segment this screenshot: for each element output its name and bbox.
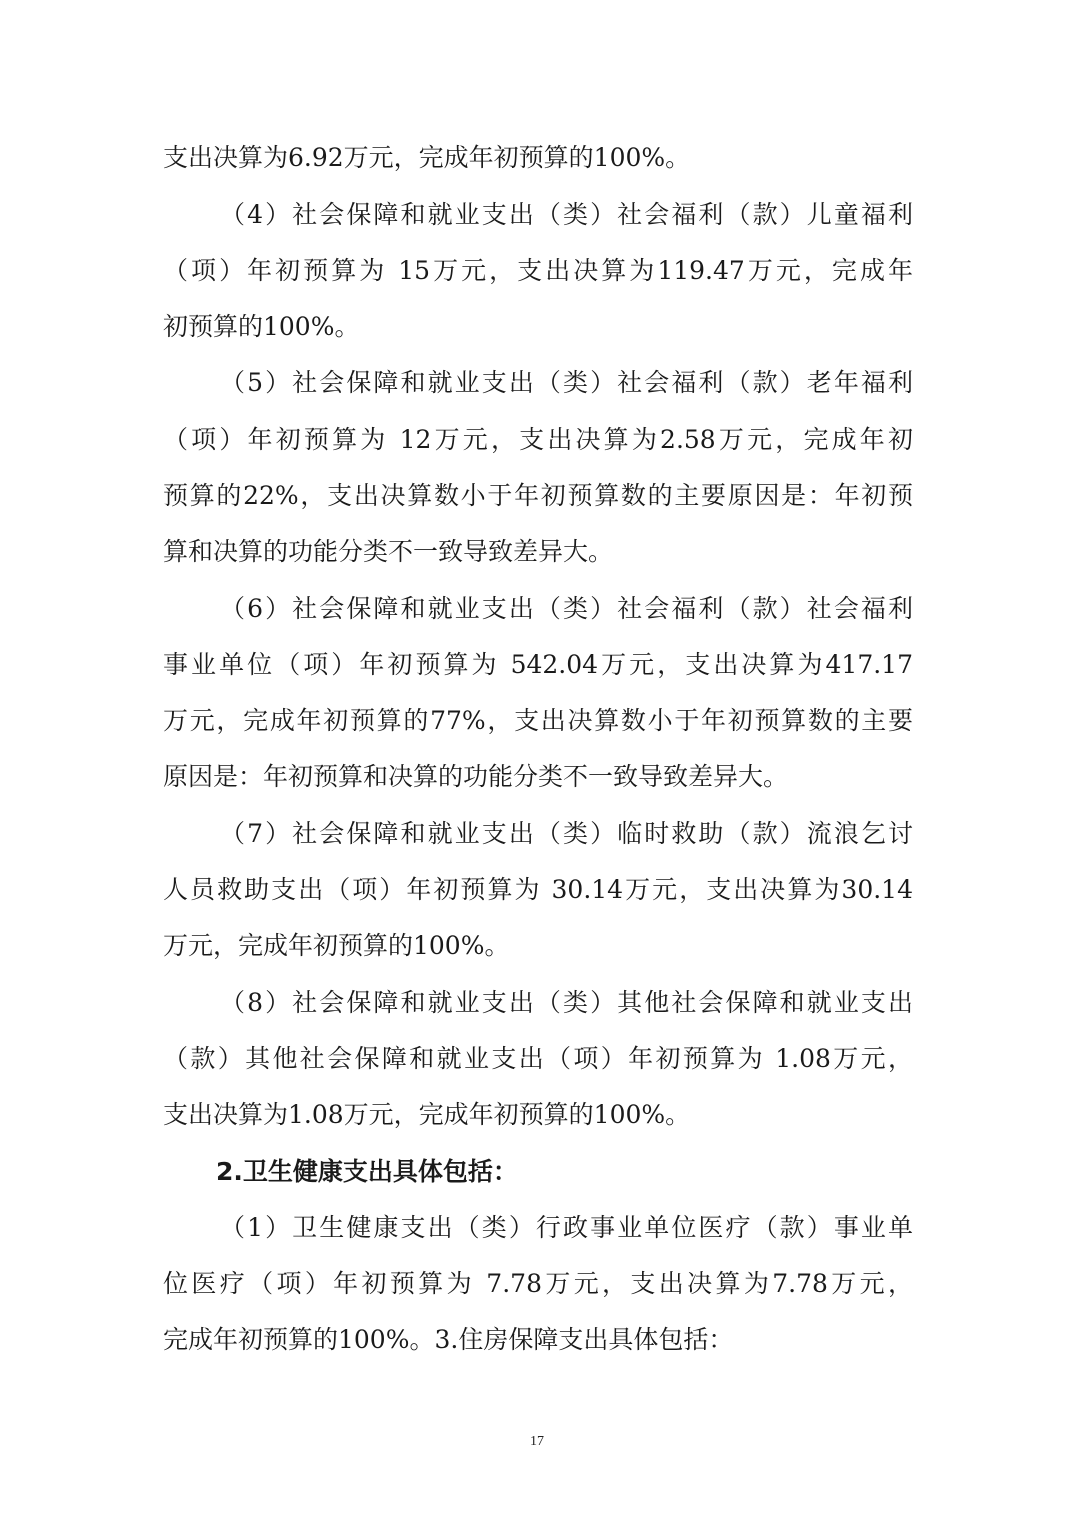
paragraph-line: （1）卫生健康支出（类）行政事业单位医疗（款）事业单 [220,1208,913,1248]
paragraph-line: （4）社会保障和就业支出（类）社会福利（款）儿童福利 [220,195,913,235]
paragraph-line: 事业单位（项）年初预算为 542.04万元，支出决算为417.17 [163,645,913,685]
paragraph-line: （6）社会保障和就业支出（类）社会福利（款）社会福利 [220,589,913,629]
paragraph-line: 支出决算为6.92万元，完成年初预算的100%。 [163,138,913,178]
paragraph-line: （8）社会保障和就业支出（类）其他社会保障和就业支出 [220,983,913,1023]
paragraph-line: 万元，完成年初预算的100%。 [163,926,913,966]
paragraph-line: （7）社会保障和就业支出（类）临时救助（款）流浪乞讨 [220,814,913,854]
paragraph-line: 预算的22%，支出决算数小于年初预算数的主要原因是：年初预 [163,476,913,516]
paragraph-line: 完成年初预算的100%。3.住房保障支出具体包括： [163,1320,913,1360]
paragraph-line: （项）年初预算为 12万元，支出决算为2.58万元，完成年初 [163,420,913,460]
paragraph-line: （5）社会保障和就业支出（类）社会福利（款）老年福利 [220,363,913,403]
section-heading: 2.卫生健康支出具体包括： [216,1152,913,1192]
document-page: 支出决算为6.92万元，完成年初预算的100%。 （4）社会保障和就业支出（类）… [0,0,1074,1520]
paragraph-line: 位医疗（项）年初预算为 7.78万元，支出决算为7.78万元， [163,1264,913,1304]
paragraph-line: 原因是：年初预算和决算的功能分类不一致导致差异大。 [163,757,913,797]
page-number: 17 [0,1434,1074,1450]
paragraph-line: 初预算的100%。 [163,307,913,347]
paragraph-line: （款）其他社会保障和就业支出（项）年初预算为 1.08万元， [163,1039,913,1079]
paragraph-line: （项）年初预算为 15万元，支出决算为119.47万元，完成年 [163,251,913,291]
paragraph-line: 算和决算的功能分类不一致导致差异大。 [163,532,913,572]
paragraph-line: 支出决算为1.08万元，完成年初预算的100%。 [163,1095,913,1135]
paragraph-line: 万元，完成年初预算的77%，支出决算数小于年初预算数的主要 [163,701,913,741]
paragraph-line: 人员救助支出（项）年初预算为 30.14万元，支出决算为30.14 [163,870,913,910]
